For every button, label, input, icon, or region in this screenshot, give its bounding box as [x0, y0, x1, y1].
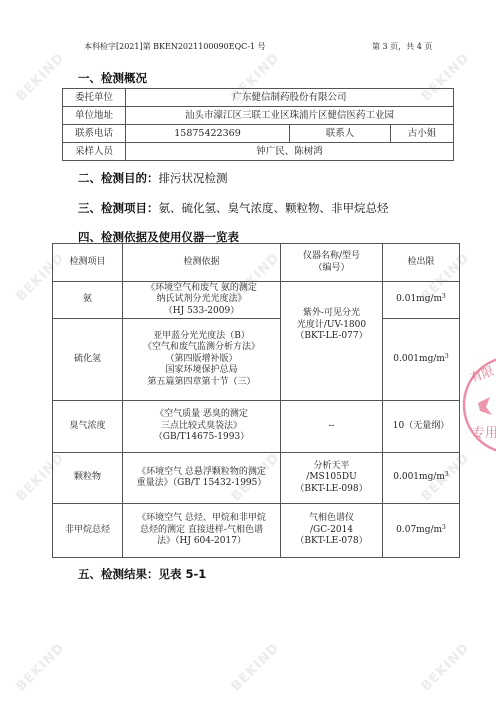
- section-lead: 二、检测目的：: [78, 171, 159, 185]
- svg-text:专用: 专用: [472, 425, 496, 441]
- table-row: 非甲烷总烃 《环境空气 总烃、甲烷和非甲烷 总烃的测定 直接进样-气相色谱 法》…: [53, 504, 460, 558]
- table-row: 采样人员 钟广民、陈树鸿: [63, 143, 454, 161]
- table-row: 硫化氢 亚甲蓝分光光度法（B） 《空气和废气监测分析方法》 （第四版增补版） 国…: [53, 319, 460, 401]
- row-label: 联系人: [290, 125, 391, 143]
- section-text: 见表 5-1: [159, 567, 207, 581]
- svg-text:有限: 有限: [468, 364, 495, 385]
- basis-line: 《环境空气和废气 氨的测定: [123, 283, 280, 295]
- column-header: 检出限: [383, 244, 460, 282]
- section-title-overview: 一、检测概况: [78, 70, 147, 86]
- instrument-line: 紫外-可见分光: [281, 308, 382, 320]
- section-purpose: 二、检测目的：排污状况检测: [78, 170, 228, 186]
- table-row: 臭气浓度 《空气质量 恶臭的测定 三点比较式臭袋法》 （GB/T14675-19…: [53, 401, 460, 453]
- instrument: 气相色谱仪 /GC-2014 （BKT-LE-078）: [281, 504, 383, 558]
- instrument-line: 光度计/UV-1800: [281, 320, 382, 332]
- client-address: 汕头市濠江区三联工业区珠浦片区健信医药工业园: [126, 107, 454, 125]
- basis-line: （GB/T14675-1993）: [123, 432, 280, 444]
- section-items: 三、检测项目：氨、硫化氢、臭气浓度、颗粒物、非甲烷总烃: [78, 200, 389, 216]
- test-basis: 《环境空气 总悬浮颗粒物的测定 重量法》（GB/T 15432-1995）: [123, 453, 281, 504]
- instrument-line: （BKT-LE-098）: [281, 484, 382, 496]
- table-row: 氨 《环境空气和废气 氨的测定 纳氏试剂分光光度法》 （HJ 533-2009）…: [53, 282, 460, 319]
- table-row: 颗粒物 《环境空气 总悬浮颗粒物的测定 重量法》（GB/T 15432-1995…: [53, 453, 460, 504]
- watermark: BEKIND: [229, 640, 283, 694]
- section-lead: 五、检测结果：: [78, 567, 159, 581]
- row-label: 单位地址: [63, 107, 126, 125]
- section-lead: 三、检测项目：: [78, 201, 159, 215]
- table-row: 委托单位 广东健信制药股份有限公司: [63, 89, 454, 107]
- basis-line: 亚甲蓝分光光度法（B）: [123, 331, 280, 343]
- instrument-line: 分析天平: [281, 461, 382, 473]
- basis-line: 第五篇第四章第十节（三）: [123, 377, 280, 389]
- watermark: BEKIND: [14, 50, 68, 104]
- instrument-line: /MS105DU: [281, 472, 382, 484]
- contact-person: 古小姐: [391, 125, 454, 143]
- methods-table: 检测项目 检测依据 仪器名称/型号 （编号） 检出限 氨 《环境空气和废气 氨的…: [52, 243, 460, 558]
- seal-icon: 有限 专用: [460, 345, 496, 465]
- basis-line: 《环境空气 总烃、甲烷和非甲烷: [123, 513, 280, 525]
- test-basis: 《环境空气 总烃、甲烷和非甲烷 总烃的测定 直接进样-气相色谱 法》（HJ 60…: [123, 504, 281, 558]
- detection-limit: 0.01mg/m3: [383, 282, 460, 319]
- basis-line: 法》（HJ 604-2017）: [123, 536, 280, 548]
- basis-line: 《空气和废气监测分析方法》: [123, 342, 280, 354]
- basis-line: 总烃的测定 直接进样-气相色谱: [123, 525, 280, 537]
- basis-line: 《空气质量 恶臭的测定: [123, 409, 280, 421]
- basis-line: （第四版增补版）: [123, 354, 280, 366]
- section-text: 氨、硫化氢、臭气浓度、颗粒物、非甲烷总烃: [159, 201, 389, 215]
- test-item: 非甲烷总烃: [53, 504, 123, 558]
- row-label: 委托单位: [63, 89, 126, 107]
- test-item: 硫化氢: [53, 319, 123, 401]
- basis-line: 重量法》（GB/T 15432-1995）: [123, 478, 280, 490]
- test-basis: 《环境空气和废气 氨的测定 纳氏试剂分光光度法》 （HJ 533-2009）: [123, 282, 281, 319]
- watermark: BEKIND: [14, 640, 68, 694]
- column-header: 检测依据: [123, 244, 281, 282]
- row-label: 采样人员: [63, 143, 126, 161]
- basis-line: 国家环境保护总局: [123, 365, 280, 377]
- section-text: 排污状况检测: [159, 171, 228, 185]
- test-basis: 《空气质量 恶臭的测定 三点比较式臭袋法》 （GB/T14675-1993）: [123, 401, 281, 453]
- table-header-row: 检测项目 检测依据 仪器名称/型号 （编号） 检出限: [53, 244, 460, 282]
- test-item: 臭气浓度: [53, 401, 123, 453]
- detection-limit: 0.001mg/m3: [383, 319, 460, 401]
- basis-line: 纳氏试剂分光光度法》: [123, 294, 280, 306]
- detection-limit: 0.07mg/m3: [383, 504, 460, 558]
- company-seal-stamp: 有限 专用: [460, 345, 496, 465]
- report-number: 本科检字[2021]第 BKEN2021100090EQC-1 号: [84, 41, 266, 52]
- instrument-line: 气相色谱仪: [281, 513, 382, 525]
- instrument: 分析天平 /MS105DU （BKT-LE-098）: [281, 453, 383, 504]
- basis-line: （HJ 533-2009）: [123, 306, 280, 318]
- page-info: 第 3 页，共 4 页: [372, 41, 432, 52]
- column-header: 仪器名称/型号 （编号）: [281, 244, 383, 282]
- instrument-line: （BKT-LE-077）: [281, 331, 382, 343]
- overview-table: 委托单位 广东健信制药股份有限公司 单位地址 汕头市濠江区三联工业区珠浦片区健信…: [62, 88, 454, 161]
- section-results: 五、检测结果：见表 5-1: [78, 566, 206, 582]
- test-item: 氨: [53, 282, 123, 319]
- basis-line: 三点比较式臭袋法》: [123, 421, 280, 433]
- samplers: 钟广民、陈树鸿: [126, 143, 454, 161]
- instrument-line: /GC-2014: [281, 525, 382, 537]
- table-row: 联系电话 15875422369 联系人 古小姐: [63, 125, 454, 143]
- detection-limit: 10（无量纲）: [383, 401, 460, 453]
- instrument-shared: 紫外-可见分光 光度计/UV-1800 （BKT-LE-077）: [281, 282, 383, 401]
- test-item: 颗粒物: [53, 453, 123, 504]
- basis-line: 《环境空气 总悬浮颗粒物的测定: [123, 467, 280, 479]
- contact-phone: 15875422369: [126, 125, 290, 143]
- client-name: 广东健信制药股份有限公司: [126, 89, 454, 107]
- instrument: --: [281, 401, 383, 453]
- row-label: 联系电话: [63, 125, 126, 143]
- test-basis: 亚甲蓝分光光度法（B） 《空气和废气监测分析方法》 （第四版增补版） 国家环境保…: [123, 319, 281, 401]
- detection-limit: 0.001mg/m3: [383, 453, 460, 504]
- instrument-line: （BKT-LE-078）: [281, 536, 382, 548]
- column-header: 检测项目: [53, 244, 123, 282]
- watermark: BEKIND: [419, 640, 473, 694]
- table-row: 单位地址 汕头市濠江区三联工业区珠浦片区健信医药工业园: [63, 107, 454, 125]
